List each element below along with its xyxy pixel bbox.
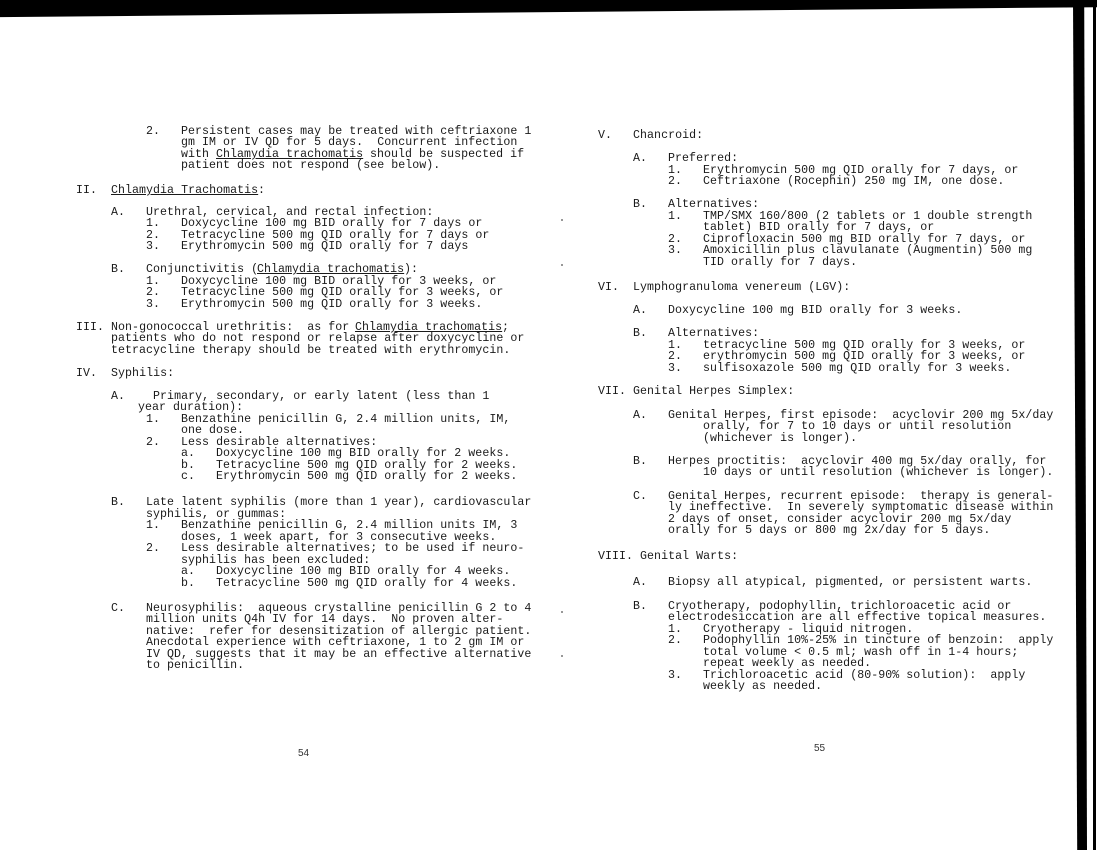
scan-speck <box>561 611 563 613</box>
text-line: ): <box>404 264 418 275</box>
text-line: Anecdotal experience with ceftriaxone, 1… <box>146 637 524 648</box>
text-line: B. Alternatives: <box>633 328 759 339</box>
text-line: 10 days or until resolution (whichever i… <box>703 467 1053 478</box>
text-line: million units Q4h IV for 14 days. No pro… <box>146 614 503 625</box>
text-line: 2. Ceftriaxone (Rocephin) 250 mg IM, one… <box>668 176 1004 187</box>
text-line: : <box>258 185 265 196</box>
text-line: 2. erythromycin 500 mg QID orally for 3 … <box>668 351 1025 362</box>
text-line: VIII. Genital Warts: <box>598 551 738 562</box>
text-line: a. Doxycycline 100 mg BID orally for 2 w… <box>181 448 510 459</box>
text-line: VII. Genital Herpes Simplex: <box>598 386 794 397</box>
text-line: repeat weekly as needed. <box>703 658 871 669</box>
text-line: c. Erythromycin 500 mg QID orally for 2 … <box>181 471 517 482</box>
text-line: (whichever is longer). <box>703 433 857 444</box>
scan-border-right <box>1071 0 1097 850</box>
text-line: orally, for 7 to 10 days or until resolu… <box>703 421 1011 432</box>
text-line: V. Chancroid: <box>598 130 703 141</box>
scan-speck <box>561 655 563 657</box>
text-line: VI. Lymphogranuloma venereum (LGV): <box>598 282 850 293</box>
text-line: gm IM or IV QD for 5 days. Concurrent in… <box>181 137 517 148</box>
text-line: orally for 5 days or 800 mg 2x/day for 5… <box>668 525 990 536</box>
text-line: 3. Amoxicillin plus clavulanate (Augment… <box>668 245 1032 256</box>
text-line: a. Doxycycline 100 mg BID orally for 4 w… <box>181 566 510 577</box>
scan-edge-shadow <box>1073 0 1087 850</box>
text-line: to penicillin. <box>146 660 244 671</box>
text-line: patients who do not respond or relapse a… <box>111 333 524 344</box>
text-line: 3. sulfisoxazole 500 mg QID orally for 3… <box>668 363 1011 374</box>
text-line: B. Alternatives: <box>633 199 759 210</box>
text-line: 3. Erythromycin 500 mg QID orally for 7 … <box>146 241 468 252</box>
text-line: TID orally for 7 days. <box>703 257 857 268</box>
underlined-term: Chlamydia trachomatis <box>257 264 404 275</box>
page-number-right: 55 <box>814 743 825 754</box>
text-line: B. Late latent syphilis (more than 1 yea… <box>111 497 531 508</box>
page-number-left: 54 <box>298 748 309 759</box>
text-line: year duration): <box>138 402 243 413</box>
scan-speck <box>561 264 563 266</box>
text-line: A. Biopsy all atypical, pigmented, or pe… <box>633 577 1032 588</box>
text-line: B. Conjunctivitis ( <box>111 264 258 275</box>
text-line: electrodesiccation are all effective top… <box>668 612 1046 623</box>
text-line: b. Tetracycline 500 mg QID orally for 4 … <box>181 578 517 589</box>
text-line: 1. Benzathine penicillin G, 2.4 million … <box>146 520 517 531</box>
text-line: II. <box>76 185 97 196</box>
scan-edge-line <box>1093 0 1096 850</box>
text-line: patient does not respond (see below). <box>181 160 440 171</box>
text-line: 2. Podophyllin 10%-25% in tincture of be… <box>668 635 1053 646</box>
text-line: 2. Less desirable alternatives; to be us… <box>146 543 524 554</box>
text-line: 3. Erythromycin 500 mg QID orally for 3 … <box>146 299 482 310</box>
text-line: A. Doxycycline 100 mg BID orally for 3 w… <box>633 305 962 316</box>
text-line: one dose. <box>181 425 244 436</box>
text-line: 2. Tetracycline 500 mg QID orally for 3 … <box>146 287 503 298</box>
text-line: tablet) BID orally for 7 days, or <box>703 222 934 233</box>
text-line: A. Preferred: <box>633 153 738 164</box>
text-line: tetracycline therapy should be treated w… <box>111 345 510 356</box>
scan-speck <box>561 219 563 221</box>
text-line: 1. Doxycycline 100 mg BID orally for 7 d… <box>146 218 482 229</box>
text-line: weekly as needed. <box>703 681 822 692</box>
scan-border-top <box>0 0 1097 18</box>
text-line: IV. Syphilis: <box>76 368 174 379</box>
underlined-term: Chlamydia Trachomatis <box>111 185 258 196</box>
text-line: ly ineffective. In severely symptomatic … <box>668 502 1053 513</box>
